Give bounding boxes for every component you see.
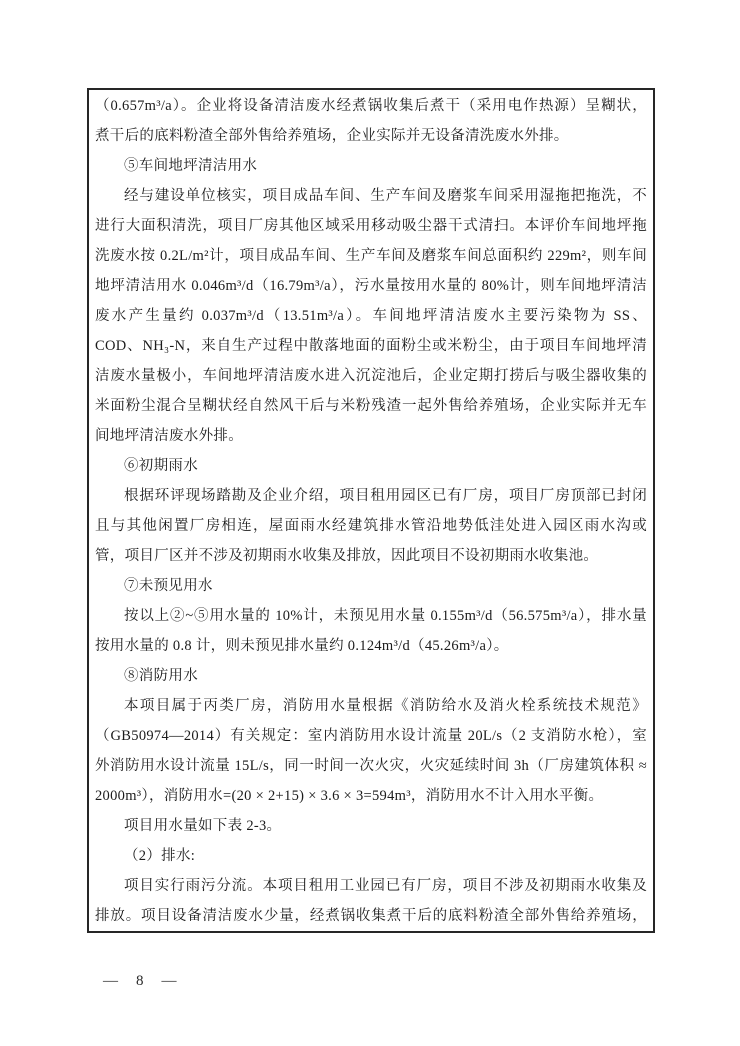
- text-line: 外消防用水设计流量 15L/s，同一时间一次火灾，火灾延续时间 3h（厂房建筑体…: [95, 751, 647, 781]
- text-line: 根据环评现场踏勘及企业介绍，项目租用园区已有厂房，项目厂房顶部已封闭: [95, 481, 647, 511]
- text-line: 按用水量的 0.8 计，则未预见排水量约 0.124m³/d（45.26m³/a…: [95, 631, 647, 661]
- text-line: 本项目属于丙类厂房，消防用水量根据《消防给水及消火栓系统技术规范》: [95, 691, 647, 721]
- text-line: （0.657m³/a）。企业将设备清洁废水经煮锅收集后煮干（采用电作热源）呈糊状…: [95, 91, 647, 121]
- document-text-cell: （0.657m³/a）。企业将设备清洁废水经煮锅收集后煮干（采用电作热源）呈糊状…: [87, 88, 655, 933]
- text-line: 经与建设单位核实，项目成品车间、生产车间及磨浆车间采用湿拖把拖洗，不: [95, 181, 647, 211]
- text-line: COD、NH₃-N，来自生产过程中散落地面的面粉尘或米粉尘，由于项目车间地坪清: [95, 331, 647, 361]
- page-number: — 8 —: [103, 973, 177, 990]
- text-line: 项目实行雨污分流。本项目租用工业园已有厂房，项目不涉及初期雨水收集及: [95, 871, 647, 901]
- text-line: 废水产生量约 0.037m³/d（13.51m³/a）。车间地坪清洁废水主要污染…: [95, 301, 647, 331]
- text-line: 排放。项目设备清洁废水少量，经煮锅收集煮干后的底料粉渣全部外售给养殖场，: [95, 901, 647, 931]
- text-line: 间地坪清洁废水外排。: [95, 421, 647, 451]
- text-line: 按以上②~⑤用水量的 10%计，未预见用水量 0.155m³/d（56.575m…: [95, 601, 647, 631]
- text-line: 煮干后的底料粉渣全部外售给养殖场，企业实际并无设备清洗废水外排。: [95, 121, 647, 151]
- page-number-left-dash: —: [103, 973, 118, 990]
- section-heading-7: ⑦未预见用水: [95, 571, 647, 601]
- text-line: 管，项目厂区并不涉及初期雨水收集及排放，因此项目不设初期雨水收集池。: [95, 541, 647, 571]
- text-line: 进行大面积清洗，项目厂房其他区域采用移动吸尘器干式清扫。本评价车间地坪拖: [95, 211, 647, 241]
- text-line: 米面粉尘混合呈糊状经自然风干后与米粉残渣一起外售给养殖场，企业实际并无车: [95, 391, 647, 421]
- subsection-heading-drainage: （2）排水:: [95, 841, 647, 871]
- text-line: 洁废水量极小，车间地坪清洁废水进入沉淀池后，企业定期打捞后与吸尘器收集的: [95, 361, 647, 391]
- page-number-value: 8: [136, 973, 144, 990]
- text-line: 2000m³），消防用水=(20 × 2+15) × 3.6 × 3=594m³…: [95, 781, 647, 811]
- section-heading-6: ⑥初期雨水: [95, 451, 647, 481]
- text-line: 且与其他闲置厂房相连，屋面雨水经建筑排水管沿地势低洼处进入园区雨水沟或: [95, 511, 647, 541]
- text-line: 洗废水按 0.2L/m²计，项目成品车间、生产车间及磨浆车间总面积约 229m²…: [95, 241, 647, 271]
- text-line: 项目用水量如下表 2-3。: [95, 811, 647, 841]
- text-line: 地坪清洁用水 0.046m³/d（16.79m³/a），污水量按用水量的 80%…: [95, 271, 647, 301]
- section-heading-8: ⑧消防用水: [95, 661, 647, 691]
- text-line: （GB50974—2014）有关规定：室内消防用水设计流量 20L/s（2 支消…: [95, 721, 647, 751]
- section-heading-5: ⑤车间地坪清洁用水: [95, 151, 647, 181]
- page-number-right-dash: —: [162, 973, 177, 990]
